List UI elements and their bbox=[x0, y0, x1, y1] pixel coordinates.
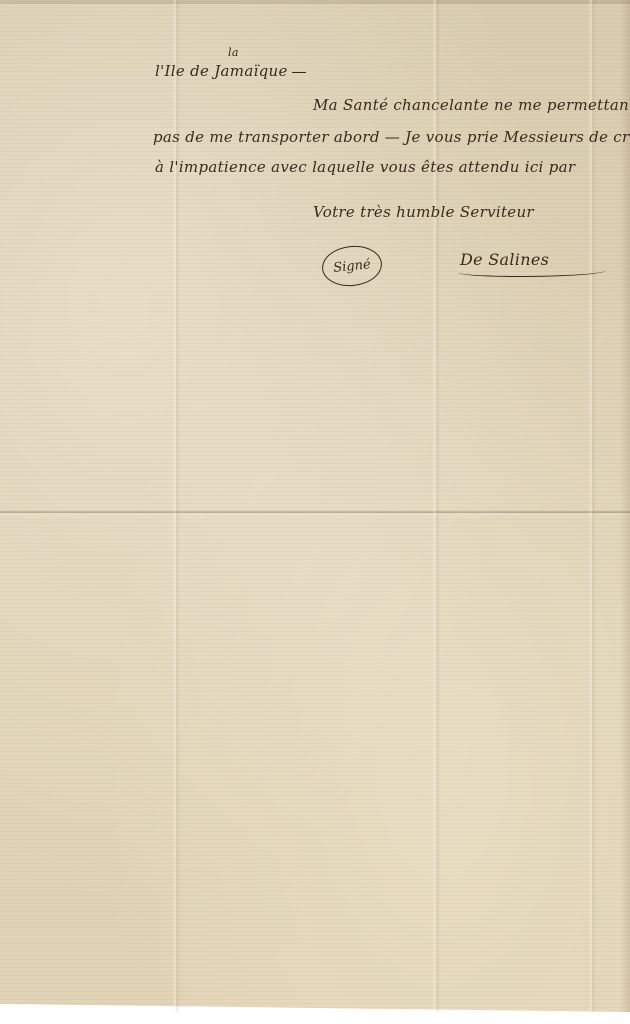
vertical-fold-crease-center bbox=[432, 0, 440, 1012]
paper-right-edge bbox=[620, 0, 630, 1012]
superscript-insertion: la bbox=[228, 46, 239, 59]
letter-closing: Votre très humble Serviteur bbox=[313, 203, 534, 221]
letter-line-4: à l'impatience avec laquelle vous êtes a… bbox=[155, 158, 575, 176]
letter-line-3: pas de me transporter abord — Je vous pr… bbox=[153, 128, 630, 146]
letter-line-2: Ma Santé chancelante ne me permettant bbox=[313, 96, 630, 114]
signed-mark-text: Signé bbox=[333, 257, 372, 276]
letter-paper bbox=[0, 0, 630, 1012]
line-dash bbox=[292, 72, 306, 73]
letter-line-1: la l'Ile de Jamaïque bbox=[155, 62, 306, 80]
horizontal-fold-crease bbox=[0, 510, 630, 516]
line-1-text: l'Ile de Jamaïque bbox=[155, 62, 288, 80]
paper-top-edge bbox=[0, 0, 630, 4]
vertical-fold-crease-left bbox=[172, 0, 180, 1012]
vertical-fold-crease-right bbox=[588, 0, 596, 1012]
